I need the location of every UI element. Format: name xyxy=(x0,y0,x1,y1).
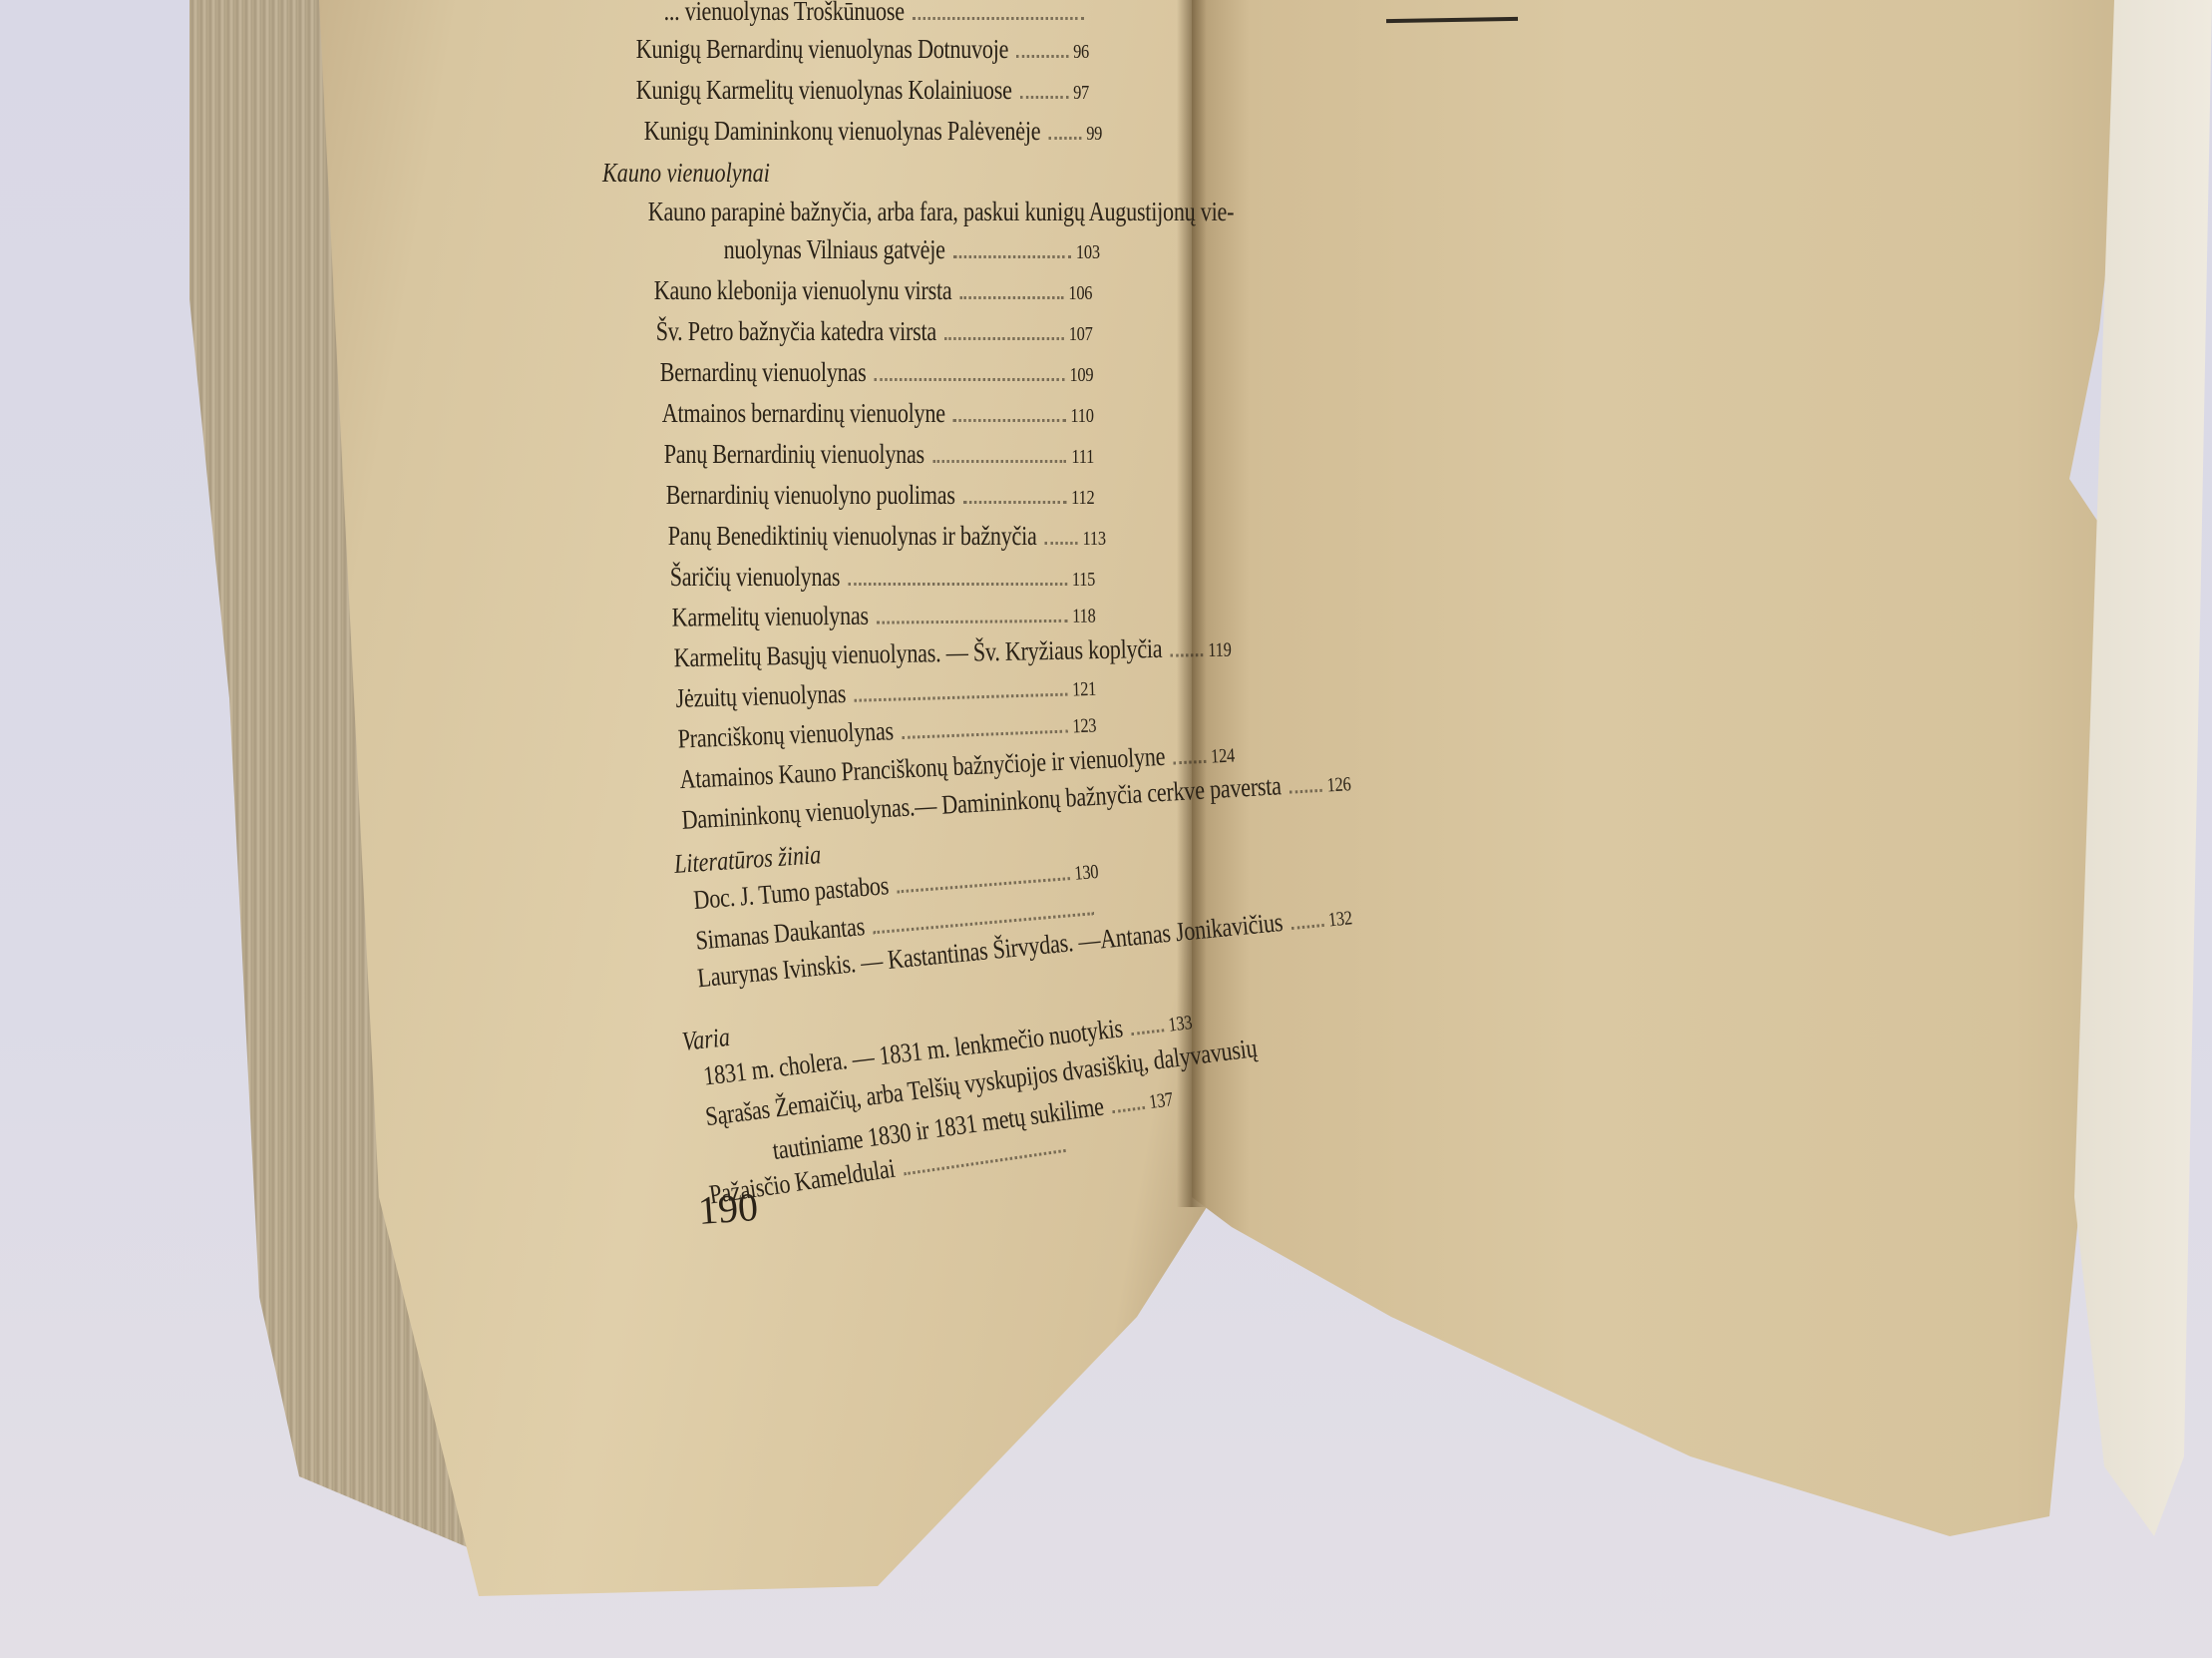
toc-entry: Bernardinių vienuolyno puolimas112 xyxy=(628,476,1094,517)
toc-entry: Kauno parapinė bažnyčia, arba fara, pask… xyxy=(610,193,1091,230)
toc-entry-page: 137 xyxy=(1147,1080,1176,1121)
toc-entry: Kunigų Damininkonų vienuolynas Palėvenėj… xyxy=(606,112,1090,153)
toc-entry-page: 109 xyxy=(1069,356,1093,394)
toc-entry-title: Kauno parapinė bažnyčia, arba fara, pask… xyxy=(648,193,1235,230)
table-of-contents: ... vienuolynas Troškūnuose Kunigų Berna… xyxy=(598,0,1197,1219)
toc-entry-page: 113 xyxy=(1083,520,1106,558)
toc-entry: Kunigų Bernardinų vienuolynas Dotnuvoje9… xyxy=(598,30,1089,71)
toc-entry-title: ... vienuolynas Troškūnuose xyxy=(664,0,905,30)
toc-entry-page: 111 xyxy=(1071,438,1094,476)
toc-entry: Bernardinų vienuolynas109 xyxy=(622,353,1093,394)
toc-entry-page: 115 xyxy=(1072,561,1095,599)
toc-entry-page: 99 xyxy=(1086,115,1102,153)
toc-entry-page: 97 xyxy=(1073,74,1089,112)
toc-entry: Kunigų Karmelitų vienuolynas Kolainiuose… xyxy=(598,71,1089,112)
toc-entry-page: 132 xyxy=(1326,899,1353,939)
toc-entry-page: 103 xyxy=(1076,233,1100,271)
toc-entry: Atmainos bernardinų vienuolyne110 xyxy=(624,394,1094,435)
toc-entry-continuation: nuolynas Vilniaus gatvėje103 xyxy=(658,230,1100,271)
toc-entry-title: Bernardinių vienuolyno puolimas xyxy=(666,476,955,514)
toc-entry: Šaričių vienuolynas115 xyxy=(632,558,1095,599)
toc-entry-title: Šv. Petro bažnyčia katedra virsta xyxy=(656,312,936,350)
toc-entry: Panų Bernardinių vienuolynas111 xyxy=(626,435,1094,476)
toc-entry: ... vienuolynas Troškūnuose xyxy=(598,0,1089,30)
toc-entry-title: Bernardinų vienuolynas xyxy=(660,353,867,391)
toc-entry-page: 112 xyxy=(1071,479,1094,517)
toc-entry-title: Kunigų Damininkonų vienuolynas Palėvenėj… xyxy=(644,112,1041,150)
toc-entry-page: 118 xyxy=(1072,598,1096,635)
toc-entry: Panų Benediktinių vienuolynas ir bažnyči… xyxy=(630,517,1095,558)
toc-entry-title: Kunigų Bernardinų vienuolynas Dotnuvoje xyxy=(636,30,1008,68)
toc-entry-page: 110 xyxy=(1070,397,1093,435)
toc-entry-page: 119 xyxy=(1208,631,1232,669)
toc-entry-page: 126 xyxy=(1326,765,1352,804)
toc-entry-page: 96 xyxy=(1073,33,1089,71)
section-title-kauno: Kauno vienuolynai xyxy=(602,153,1090,193)
toc-entry: Kauno klebonija vienuolynu virsta106 xyxy=(616,271,1092,312)
toc-entry-title: Šaričių vienuolynas xyxy=(670,558,841,596)
toc-entry-title: Kunigų Karmelitų vienuolynas Kolainiuose xyxy=(636,71,1012,109)
toc-entry-title: Panų Benediktinių vienuolynas ir bažnyči… xyxy=(668,517,1037,555)
toc-entry-title: Panų Bernardinių vienuolynas xyxy=(664,435,924,473)
toc-entry-page: 106 xyxy=(1068,274,1092,312)
toc-entry-title: nuolynas Vilniaus gatvėje xyxy=(724,230,945,268)
page-number: 190 xyxy=(696,1183,759,1234)
toc-entry-title: Jėzuitų vienuolynas xyxy=(675,674,847,717)
toc-entry: Šv. Petro bažnyčia katedra virsta107 xyxy=(618,312,1093,353)
book-photo: ... vienuolynas Troškūnuose Kunigų Berna… xyxy=(0,0,2212,1658)
toc-entry-title: Atmainos bernardinų vienuolyne xyxy=(662,394,945,432)
toc-entry-page: 107 xyxy=(1069,315,1093,353)
toc-entry-title: Karmelitų vienuolynas xyxy=(672,597,869,636)
toc-entry-title: Kauno klebonija vienuolynu virsta xyxy=(654,271,952,309)
